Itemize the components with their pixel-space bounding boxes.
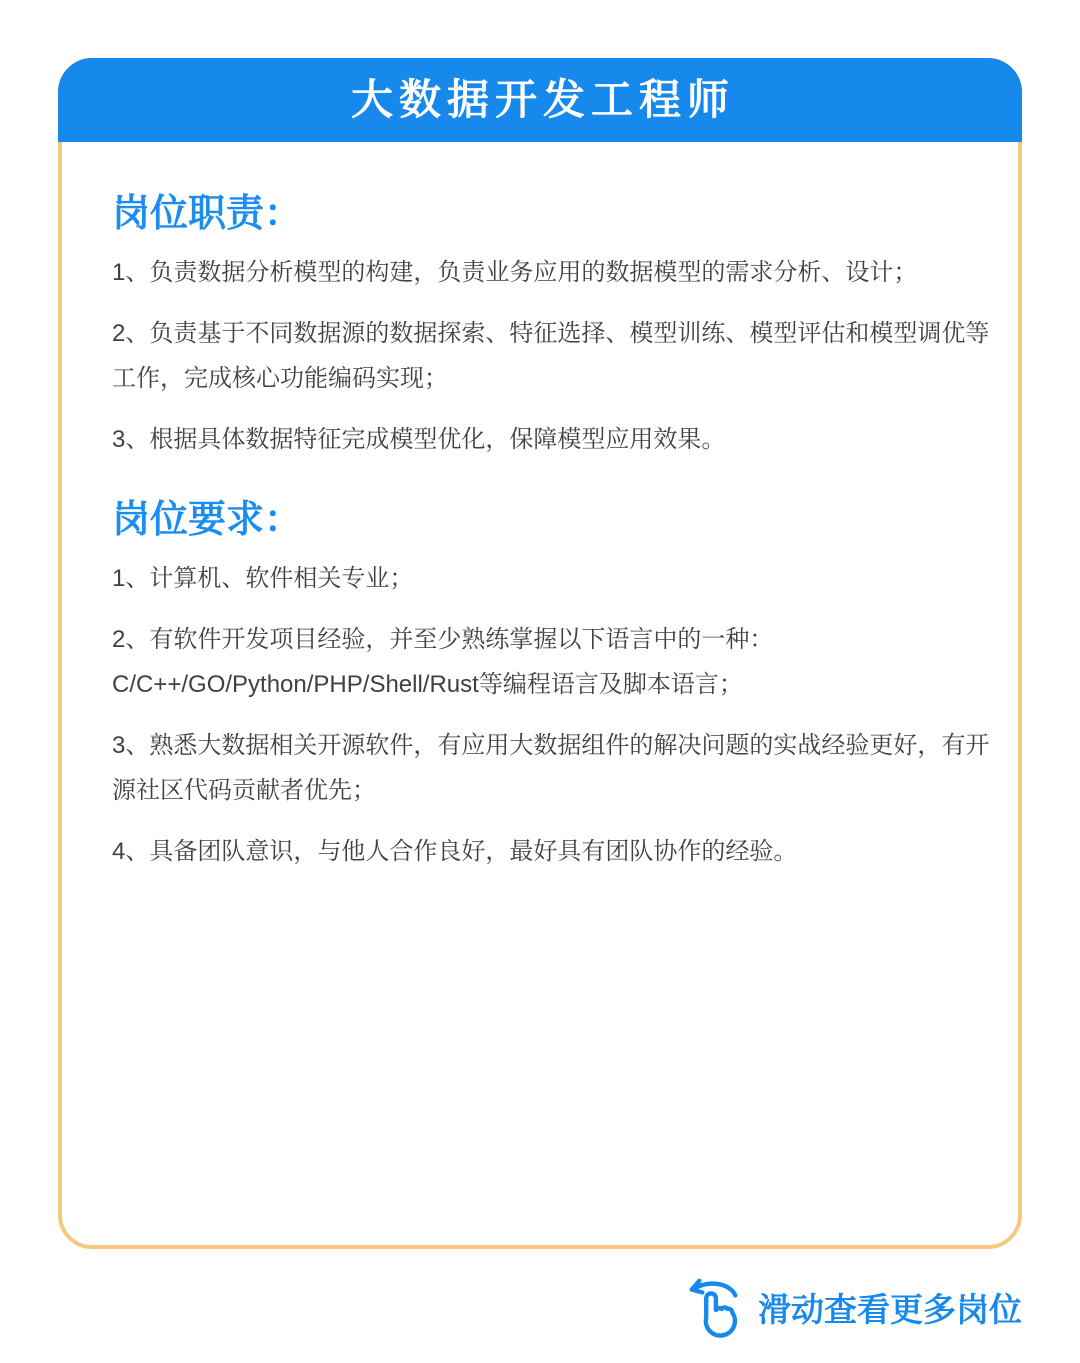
responsibility-item-2: 2、负责基于不同数据源的数据探索、特征选择、模型训练、模型评估和模型调优等工作，…	[112, 311, 990, 401]
section-responsibilities: 岗位职责： 1、负责数据分析模型的构建，负责业务应用的数据模型的需求分析、设计；…	[112, 192, 990, 462]
requirement-item-4: 4、具备团队意识，与他人合作良好，最好具有团队协作的经验。	[112, 829, 990, 874]
responsibilities-heading: 岗位职责：	[112, 192, 990, 236]
requirement-item-3: 3、熟悉大数据相关开源软件，有应用大数据组件的解决问题的实战经验更好，有开源社区…	[112, 723, 990, 813]
job-card: 大数据开发工程师 岗位职责： 1、负责数据分析模型的构建，负责业务应用的数据模型…	[58, 58, 1022, 1249]
responsibility-item-1: 1、负责数据分析模型的构建，负责业务应用的数据模型的需求分析、设计；	[112, 250, 990, 295]
job-card-header: 大数据开发工程师	[58, 58, 1022, 142]
job-card-body: 岗位职责： 1、负责数据分析模型的构建，负责业务应用的数据模型的需求分析、设计；…	[62, 142, 1018, 874]
section-requirements: 岗位要求： 1、计算机、软件相关专业； 2、有软件开发项目经验，并至少熟练掌握以…	[112, 498, 990, 874]
job-title: 大数据开发工程师	[345, 79, 735, 121]
responsibility-item-3: 3、根据具体数据特征完成模型优化，保障模型应用效果。	[112, 417, 990, 462]
requirements-heading: 岗位要求：	[112, 498, 990, 542]
swipe-hint[interactable]: 滑动查看更多岗位	[680, 1272, 1022, 1342]
swipe-hint-label: 滑动查看更多岗位	[758, 1284, 1022, 1331]
requirement-item-2: 2、有软件开发项目经验，并至少熟练掌握以下语言中的一种：C/C++/GO/Pyt…	[112, 617, 990, 707]
swipe-hand-icon	[680, 1272, 746, 1342]
requirement-item-1: 1、计算机、软件相关专业；	[112, 556, 990, 601]
